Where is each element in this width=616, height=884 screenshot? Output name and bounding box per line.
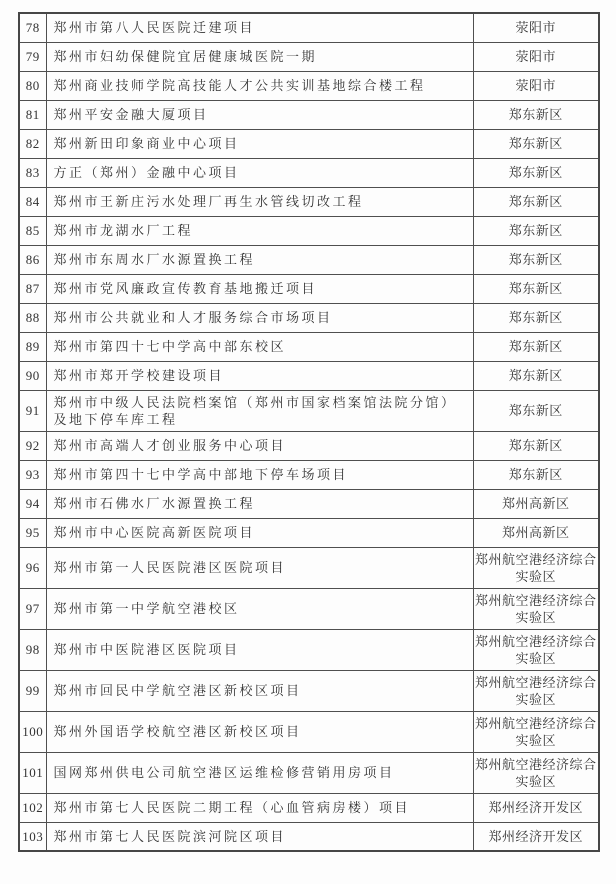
table-row: 87郑州市党风廉政宣传教育基地搬迁项目郑东新区 (19, 274, 599, 303)
project-name-cell: 郑州市第七人民医院二期工程（心血管病房楼）项目 (46, 793, 473, 822)
project-name-cell: 郑州商业技师学院高技能人才公共实训基地综合楼工程 (46, 71, 473, 100)
project-name-cell: 郑州市第四十七中学高中部东校区 (46, 332, 473, 361)
project-name-cell: 郑州市东周水厂水源置换工程 (46, 245, 473, 274)
page: 78郑州市第八人民医院迁建项目荥阳市79郑州市妇幼保健院宜居健康城医院一期荥阳市… (0, 0, 616, 884)
row-number-cell: 94 (19, 489, 46, 518)
project-name-cell: 国网郑州供电公司航空港区运维检修营销用房项目 (46, 752, 473, 793)
row-number-cell: 78 (19, 13, 46, 42)
project-name-cell: 郑州市第一人民医院港区医院项目 (46, 547, 473, 588)
district-cell: 郑州航空港经济综合实验区 (473, 752, 599, 793)
project-name-cell: 郑州市第一中学航空港校区 (46, 588, 473, 629)
table-row: 99郑州市回民中学航空港区新校区项目郑州航空港经济综合实验区 (19, 670, 599, 711)
project-name-cell: 郑州市第七人民医院滨河院区项目 (46, 822, 473, 851)
row-number-cell: 83 (19, 158, 46, 187)
row-number-cell: 86 (19, 245, 46, 274)
district-cell: 郑州高新区 (473, 489, 599, 518)
table-row: 96郑州市第一人民医院港区医院项目郑州航空港经济综合实验区 (19, 547, 599, 588)
project-name-cell: 郑州市回民中学航空港区新校区项目 (46, 670, 473, 711)
row-number-cell: 84 (19, 187, 46, 216)
table-row: 93郑州市第四十七中学高中部地下停车场项目郑东新区 (19, 460, 599, 489)
row-number-cell: 81 (19, 100, 46, 129)
project-name-cell: 郑州市郑开学校建设项目 (46, 361, 473, 390)
project-name-cell: 郑州市公共就业和人才服务综合市场项目 (46, 303, 473, 332)
district-cell: 郑州航空港经济综合实验区 (473, 547, 599, 588)
district-cell: 郑东新区 (473, 216, 599, 245)
district-cell: 郑东新区 (473, 274, 599, 303)
project-list-table: 78郑州市第八人民医院迁建项目荥阳市79郑州市妇幼保健院宜居健康城医院一期荥阳市… (18, 12, 600, 852)
row-number-cell: 80 (19, 71, 46, 100)
table-row: 92郑州市高端人才创业服务中心项目郑东新区 (19, 431, 599, 460)
project-name-cell: 郑州外国语学校航空港区新校区项目 (46, 711, 473, 752)
district-cell: 郑东新区 (473, 361, 599, 390)
table-row: 90郑州市郑开学校建设项目郑东新区 (19, 361, 599, 390)
district-cell: 郑州经济开发区 (473, 822, 599, 851)
district-cell: 荥阳市 (473, 42, 599, 71)
project-name-cell: 郑州市第四十七中学高中部地下停车场项目 (46, 460, 473, 489)
district-cell: 郑州航空港经济综合实验区 (473, 711, 599, 752)
table-row: 78郑州市第八人民医院迁建项目荥阳市 (19, 13, 599, 42)
row-number-cell: 85 (19, 216, 46, 245)
table-row: 85郑州市龙湖水厂工程郑东新区 (19, 216, 599, 245)
district-cell: 郑东新区 (473, 245, 599, 274)
row-number-cell: 88 (19, 303, 46, 332)
row-number-cell: 90 (19, 361, 46, 390)
project-name-cell: 郑州市中心医院高新医院项目 (46, 518, 473, 547)
row-number-cell: 91 (19, 390, 46, 431)
table-row: 82郑州新田印象商业中心项目郑东新区 (19, 129, 599, 158)
row-number-cell: 97 (19, 588, 46, 629)
district-cell: 郑东新区 (473, 187, 599, 216)
table-row: 83方正（郑州）金融中心项目郑东新区 (19, 158, 599, 187)
project-name-cell: 郑州市石佛水厂水源置换工程 (46, 489, 473, 518)
row-number-cell: 101 (19, 752, 46, 793)
district-cell: 荥阳市 (473, 13, 599, 42)
table-row: 79郑州市妇幼保健院宜居健康城医院一期荥阳市 (19, 42, 599, 71)
district-cell: 郑东新区 (473, 332, 599, 361)
row-number-cell: 79 (19, 42, 46, 71)
project-name-cell: 郑州市王新庄污水处理厂再生水管线切改工程 (46, 187, 473, 216)
table-row: 88郑州市公共就业和人才服务综合市场项目郑东新区 (19, 303, 599, 332)
table-row: 101国网郑州供电公司航空港区运维检修营销用房项目郑州航空港经济综合实验区 (19, 752, 599, 793)
project-name-cell: 郑州市妇幼保健院宜居健康城医院一期 (46, 42, 473, 71)
table-row: 103郑州市第七人民医院滨河院区项目郑州经济开发区 (19, 822, 599, 851)
table-row: 98郑州市中医院港区医院项目郑州航空港经济综合实验区 (19, 629, 599, 670)
district-cell: 郑东新区 (473, 129, 599, 158)
row-number-cell: 103 (19, 822, 46, 851)
district-cell: 郑州航空港经济综合实验区 (473, 629, 599, 670)
project-name-cell: 郑州市高端人才创业服务中心项目 (46, 431, 473, 460)
table-row: 80郑州商业技师学院高技能人才公共实训基地综合楼工程荥阳市 (19, 71, 599, 100)
district-cell: 郑东新区 (473, 303, 599, 332)
row-number-cell: 89 (19, 332, 46, 361)
table-row: 81郑州平安金融大厦项目郑东新区 (19, 100, 599, 129)
project-name-cell: 郑州市党风廉政宣传教育基地搬迁项目 (46, 274, 473, 303)
district-cell: 郑东新区 (473, 158, 599, 187)
table-body: 78郑州市第八人民医院迁建项目荥阳市79郑州市妇幼保健院宜居健康城医院一期荥阳市… (19, 13, 599, 851)
row-number-cell: 82 (19, 129, 46, 158)
project-name-cell: 郑州新田印象商业中心项目 (46, 129, 473, 158)
district-cell: 荥阳市 (473, 71, 599, 100)
project-name-cell: 郑州市第八人民医院迁建项目 (46, 13, 473, 42)
row-number-cell: 99 (19, 670, 46, 711)
row-number-cell: 95 (19, 518, 46, 547)
district-cell: 郑东新区 (473, 431, 599, 460)
table-row: 95郑州市中心医院高新医院项目郑州高新区 (19, 518, 599, 547)
table-row: 89郑州市第四十七中学高中部东校区郑东新区 (19, 332, 599, 361)
table-row: 94郑州市石佛水厂水源置换工程郑州高新区 (19, 489, 599, 518)
row-number-cell: 100 (19, 711, 46, 752)
project-name-cell: 郑州平安金融大厦项目 (46, 100, 473, 129)
table-row: 102郑州市第七人民医院二期工程（心血管病房楼）项目郑州经济开发区 (19, 793, 599, 822)
table-row: 97郑州市第一中学航空港校区郑州航空港经济综合实验区 (19, 588, 599, 629)
district-cell: 郑东新区 (473, 460, 599, 489)
table-row: 91郑州市中级人民法院档案馆（郑州市国家档案馆法院分馆）及地下停车库工程郑东新区 (19, 390, 599, 431)
district-cell: 郑东新区 (473, 390, 599, 431)
row-number-cell: 93 (19, 460, 46, 489)
project-name-cell: 郑州市龙湖水厂工程 (46, 216, 473, 245)
table-row: 84郑州市王新庄污水处理厂再生水管线切改工程郑东新区 (19, 187, 599, 216)
row-number-cell: 96 (19, 547, 46, 588)
project-name-cell: 方正（郑州）金融中心项目 (46, 158, 473, 187)
table-row: 86郑州市东周水厂水源置换工程郑东新区 (19, 245, 599, 274)
row-number-cell: 92 (19, 431, 46, 460)
row-number-cell: 102 (19, 793, 46, 822)
district-cell: 郑州航空港经济综合实验区 (473, 670, 599, 711)
row-number-cell: 98 (19, 629, 46, 670)
project-name-cell: 郑州市中医院港区医院项目 (46, 629, 473, 670)
row-number-cell: 87 (19, 274, 46, 303)
table-row: 100郑州外国语学校航空港区新校区项目郑州航空港经济综合实验区 (19, 711, 599, 752)
district-cell: 郑州高新区 (473, 518, 599, 547)
district-cell: 郑州航空港经济综合实验区 (473, 588, 599, 629)
district-cell: 郑东新区 (473, 100, 599, 129)
project-name-cell: 郑州市中级人民法院档案馆（郑州市国家档案馆法院分馆）及地下停车库工程 (46, 390, 473, 431)
district-cell: 郑州经济开发区 (473, 793, 599, 822)
